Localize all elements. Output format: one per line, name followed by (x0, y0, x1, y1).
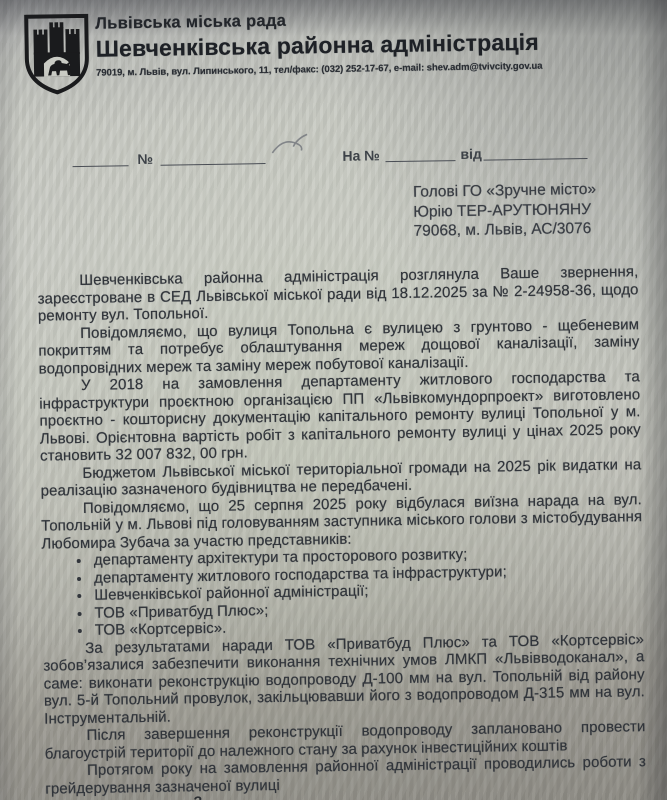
contacts-line: 79019, м. Львів, вул. Липинського, 11, т… (96, 59, 636, 78)
letter-body: Шевченківська районна адміністрація розг… (37, 263, 646, 797)
blank-line-4 (483, 158, 587, 161)
no-label: № (137, 151, 153, 167)
reference-row: № На № від (0, 141, 665, 175)
paragraph-6: За результатами наради ТОВ «Приватбуд Пл… (43, 631, 645, 728)
administration-name: Шевченківська районна адміністрація (96, 27, 636, 62)
blank-line-2 (161, 163, 266, 166)
on-no-label: На № (342, 147, 380, 164)
addressee-address: 79068, м. Львів, АС/3076 (413, 219, 596, 241)
paragraph-2: Повідомляємо, що вулиця Топольна є вулиц… (38, 316, 640, 378)
pen-smudge (269, 128, 321, 157)
letterhead: Львівська міська рада Шевченківська райо… (0, 0, 662, 5)
blank-line-1 (73, 165, 129, 167)
cutoff-text-fragment: З (193, 793, 202, 800)
paragraph-1: Шевченківська районна адміністрація розг… (37, 263, 639, 325)
lviv-coat-of-arms-icon (20, 12, 93, 97)
addressee-block: Голові ГО «Зручне місто» Юрію ТЕР-АРУТЮН… (413, 180, 597, 241)
paragraph-3: У 2018 на замовлення департаменту житлов… (39, 368, 641, 465)
paragraph-5: Повідомляємо, що 25 серпня 2025 року від… (41, 491, 643, 553)
blank-line-3 (386, 160, 456, 162)
letter-page: Львівська міська рада Шевченківська райо… (0, 0, 667, 800)
scanned-letter-photo: Львівська міська рада Шевченківська райо… (0, 0, 667, 800)
from-label: від (460, 146, 482, 162)
participants-list: департаменту архітектури та просторового… (78, 543, 644, 639)
addressee-title: Голові ГО «Зручне місто» (413, 180, 596, 202)
